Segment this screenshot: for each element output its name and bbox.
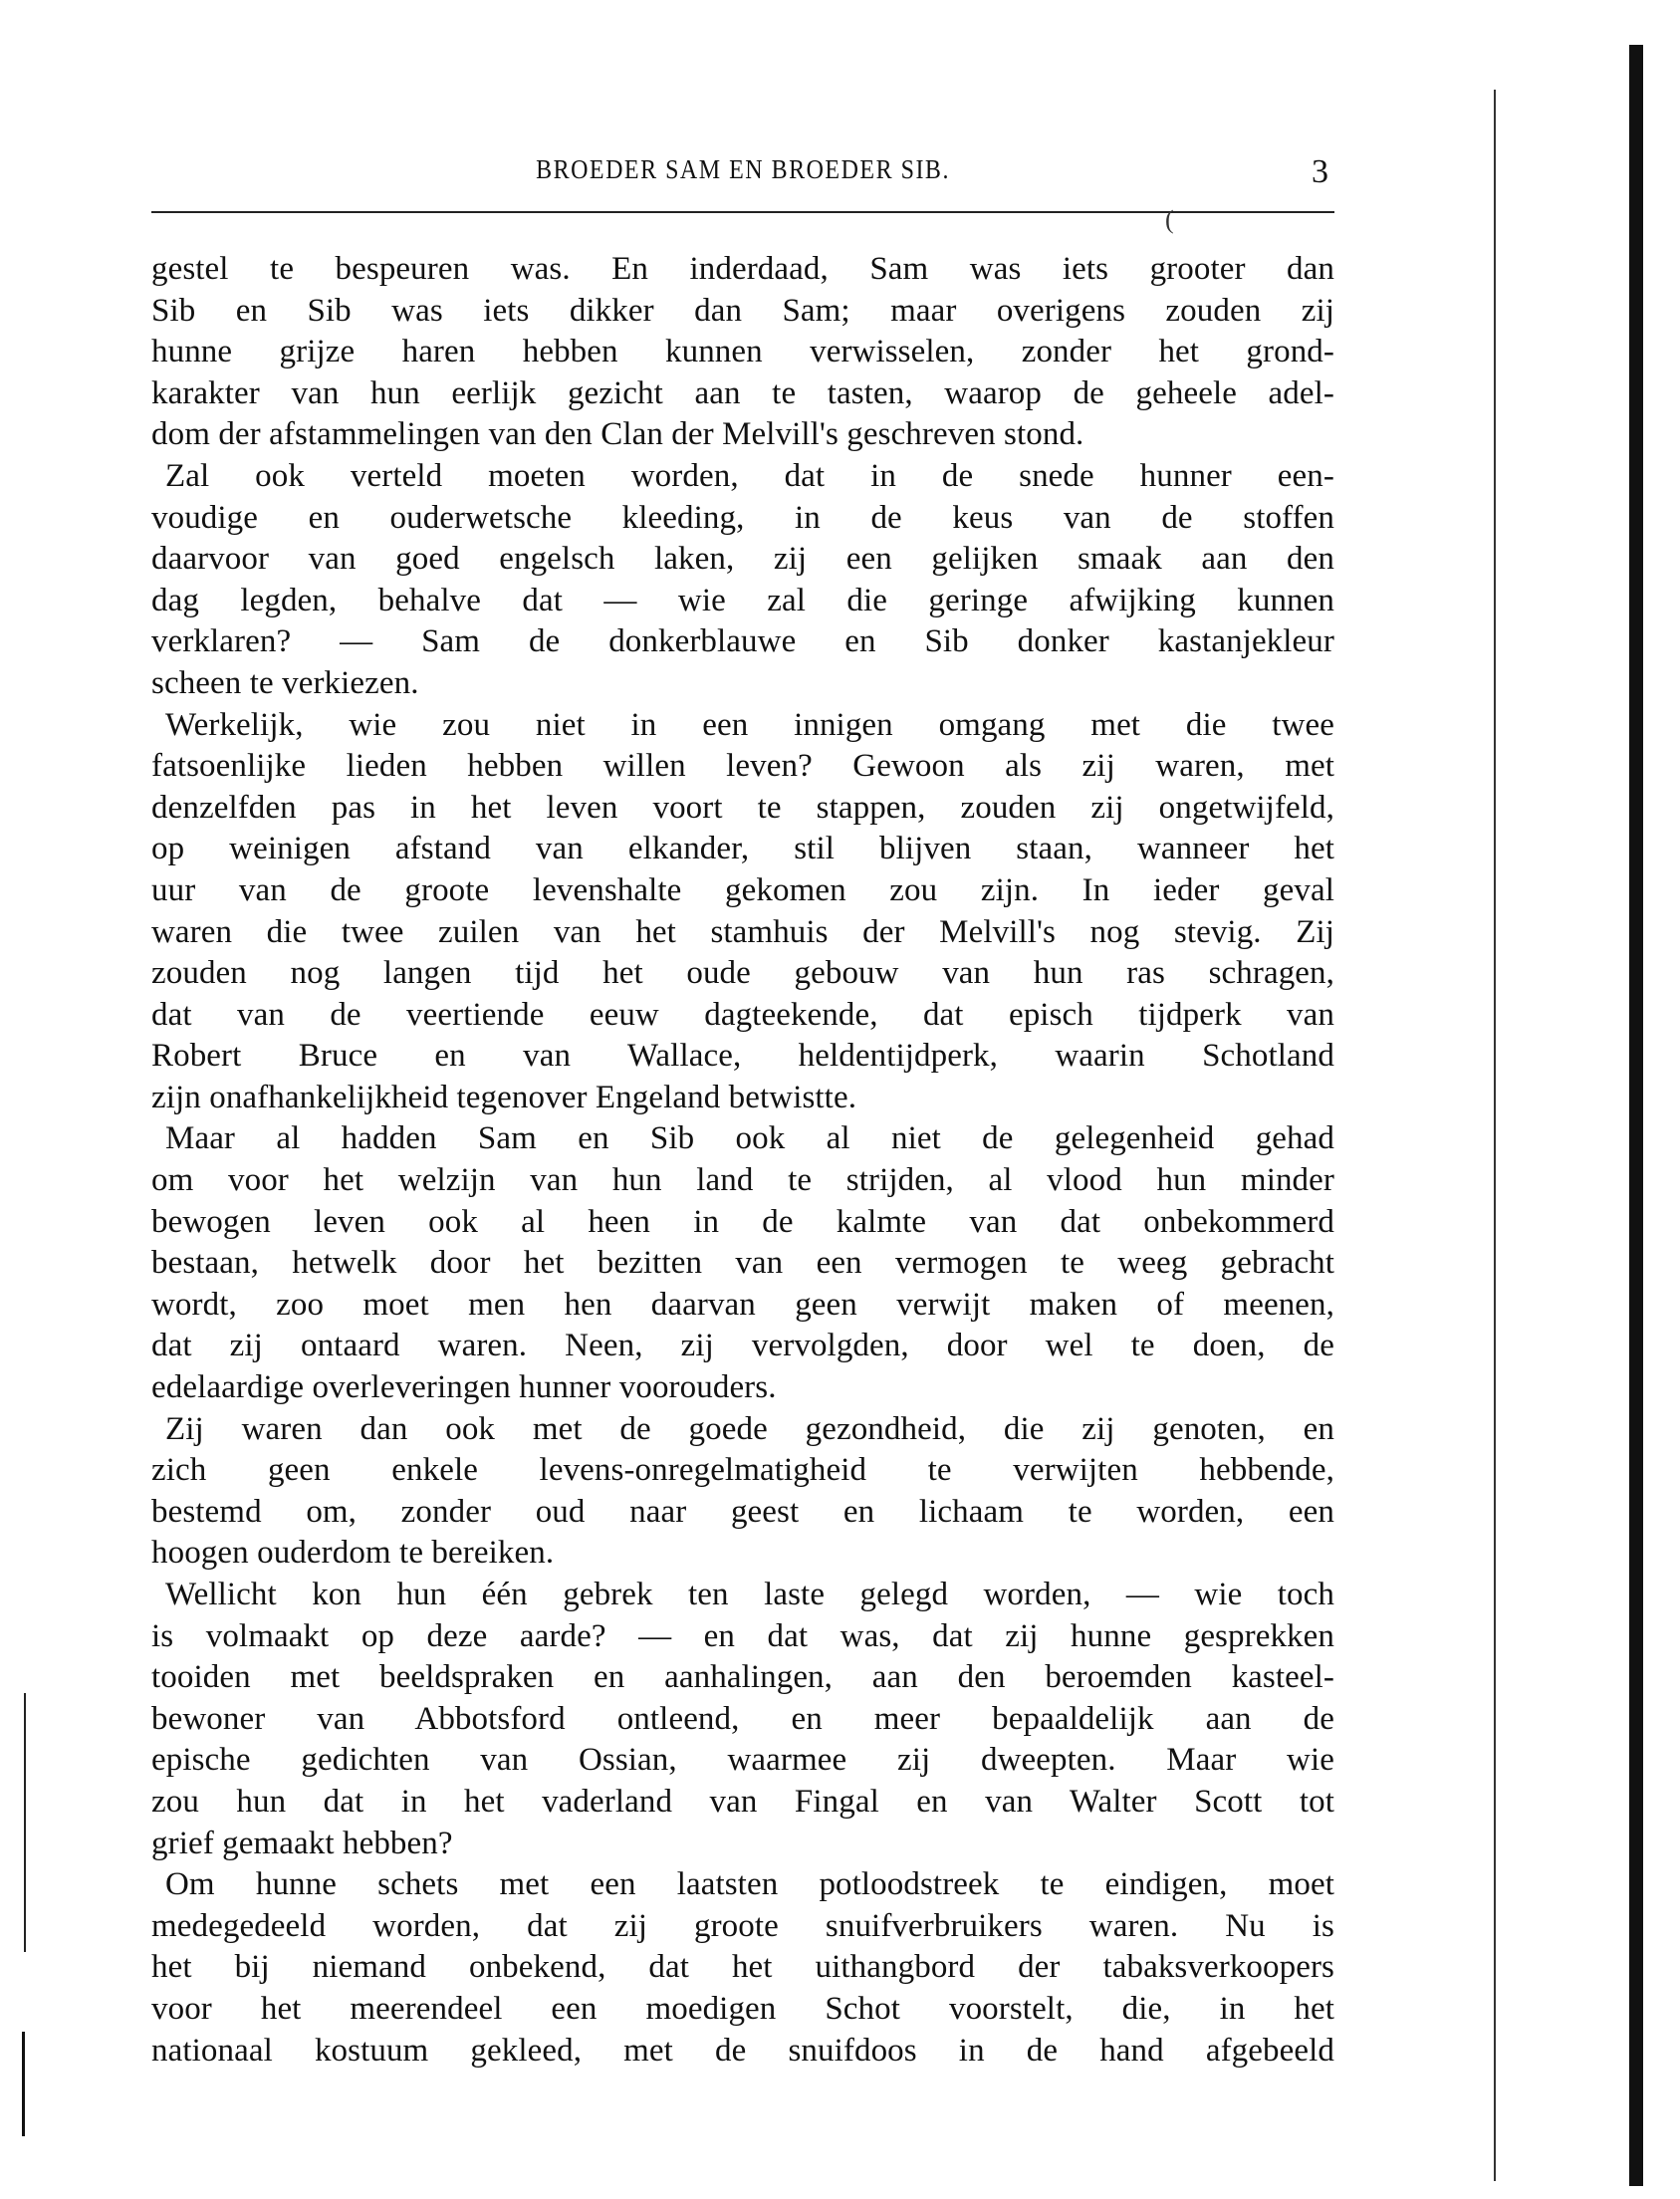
text-line: bestaan, hetwelk door het bezitten van e…: [151, 1243, 1334, 1285]
left-edge-mark: [22, 2032, 25, 2136]
text-line: fatsoenlijke lieden hebben willen leven?…: [151, 746, 1334, 788]
text-line: nationaal kostuum gekleed, met de snuifd…: [151, 2031, 1334, 2073]
text-line: wordt, zoo moet men hen daarvan geen ver…: [151, 1285, 1334, 1327]
body-text: gestel te bespeuren was. En inderdaad, S…: [151, 249, 1334, 2072]
text-line: zich geen enkele levens-onregelmatigheid…: [151, 1450, 1334, 1492]
text-line: dag legden, behalve dat — wie zal die ge…: [151, 581, 1334, 622]
ink-mark: (: [1165, 205, 1174, 235]
text-line: scheen te verkiezen.: [151, 663, 1334, 705]
text-line: zou hun dat in het vaderland van Fingal …: [151, 1782, 1334, 1824]
page-edge-line: [1494, 90, 1496, 2181]
text-line: bewoner van Abbotsford ontleend, en meer…: [151, 1699, 1334, 1741]
text-line: is volmaakt op deze aarde? — en dat was,…: [151, 1616, 1334, 1658]
running-head: BROEDER SAM EN BROEDER SIB. 3: [151, 155, 1334, 195]
book-page: BROEDER SAM EN BROEDER SIB. 3 ( gestel t…: [0, 0, 1680, 2199]
text-line: Werkelijk, wie zou niet in een innigen o…: [151, 705, 1334, 747]
text-line: hunne grijze haren hebben kunnen verwiss…: [151, 332, 1334, 373]
left-edge-line: [24, 1693, 26, 1952]
text-line: Om hunne schets met een laatsten potlood…: [151, 1864, 1334, 1906]
header-rule: [151, 211, 1334, 213]
text-line: denzelfden pas in het leven voort te sta…: [151, 788, 1334, 830]
text-line: bestemd om, zonder oud naar geest en lic…: [151, 1492, 1334, 1534]
text-line: medegedeeld worden, dat zij groote snuif…: [151, 1906, 1334, 1948]
text-line: verklaren? — Sam de donkerblauwe en Sib …: [151, 621, 1334, 663]
text-line: Zal ook verteld moeten worden, dat in de…: [151, 456, 1334, 498]
text-line: Wellicht kon hun één gebrek ten laste ge…: [151, 1575, 1334, 1616]
text-line: Maar al hadden Sam en Sib ook al niet de…: [151, 1118, 1334, 1160]
text-line: Sib en Sib was iets dikker dan Sam; maar…: [151, 291, 1334, 333]
text-line: het bij niemand onbekend, dat het uithan…: [151, 1947, 1334, 1989]
text-line: zouden nog langen tijd het oude gebouw v…: [151, 953, 1334, 995]
text-line: gestel te bespeuren was. En inderdaad, S…: [151, 249, 1334, 291]
text-line: waren die twee zuilen van het stamhuis d…: [151, 912, 1334, 954]
running-head-title: BROEDER SAM EN BROEDER SIB.: [151, 155, 1334, 186]
text-line: zijn onafhankelijkheid tegenover Engelan…: [151, 1078, 1334, 1119]
text-line: op weinigen afstand van elkander, stil b…: [151, 829, 1334, 870]
book-spine-shadow: [1629, 45, 1643, 2186]
text-line: hoogen ouderdom te bereiken.: [151, 1533, 1334, 1575]
text-line: dat zij ontaard waren. Neen, zij vervolg…: [151, 1326, 1334, 1367]
text-line: uur van de groote levenshalte gekomen zo…: [151, 870, 1334, 912]
text-line: dat van de veertiende eeuw dagteekende, …: [151, 995, 1334, 1037]
text-line: grief gemaakt hebben?: [151, 1824, 1334, 1865]
text-line: edelaardige overleveringen hunner voorou…: [151, 1367, 1334, 1409]
text-line: Robert Bruce en van Wallace, heldentijdp…: [151, 1036, 1334, 1078]
text-line: bewogen leven ook al heen in de kalmte v…: [151, 1202, 1334, 1244]
text-line: tooiden met beeldspraken en aanhalingen,…: [151, 1657, 1334, 1699]
text-line: voor het meerendeel een moedigen Schot v…: [151, 1989, 1334, 2031]
text-line: voudige en ouderwetsche kleeding, in de …: [151, 498, 1334, 540]
text-line: karakter van hun eerlijk gezicht aan te …: [151, 373, 1334, 415]
text-line: om voor het welzijn van hun land te stri…: [151, 1160, 1334, 1202]
text-line: dom der afstammelingen van den Clan der …: [151, 414, 1334, 456]
text-line: daarvoor van goed engelsch laken, zij ee…: [151, 539, 1334, 581]
text-line: Zij waren dan ook met de goede gezondhei…: [151, 1409, 1334, 1451]
page-number: 3: [1312, 153, 1328, 191]
text-line: epische gedichten van Ossian, waarmee zi…: [151, 1740, 1334, 1782]
